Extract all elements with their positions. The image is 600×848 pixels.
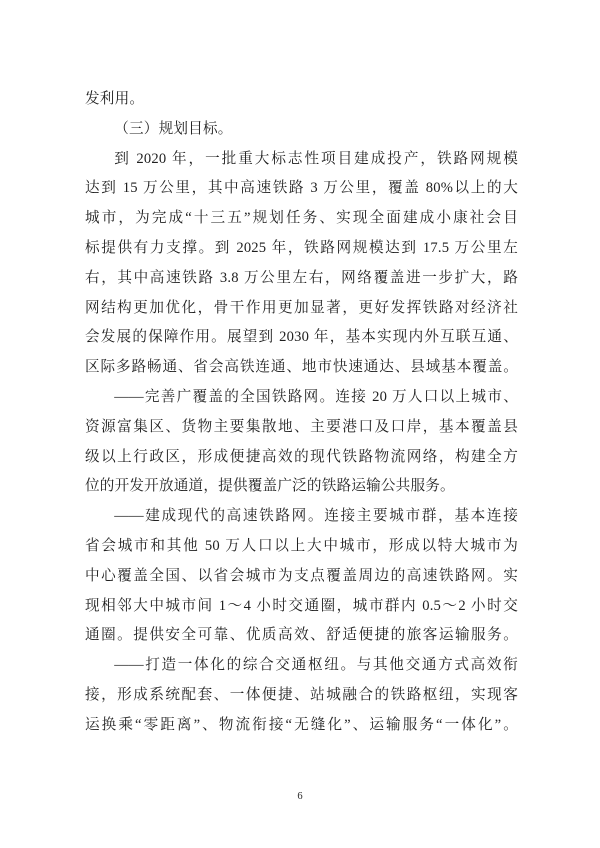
page-footer: 6 — [0, 786, 600, 804]
text-line: 通圈。提供安全可靠、优质高效、舒适便捷的旅客运输服务。 — [85, 621, 518, 651]
text-line: ——打造一体化的综合交通枢纽。与其他交通方式高效衔 — [85, 651, 518, 681]
text-line: 发利用。 — [85, 85, 518, 115]
document-page: 发利用。（三）规划目标。到 2020 年，一批重大标志性项目建成投产，铁路网规模… — [0, 0, 600, 848]
text-line: 资源富集区、货物主要集散地、主要港口及口岸，基本覆盖县 — [85, 413, 518, 443]
text-line: 右，其中高速铁路 3.8 万公里左右，网络覆盖进一步扩大，路 — [85, 264, 518, 294]
text-line: 标提供有力支撑。到 2025 年，铁路网规模达到 17.5 万公里左 — [85, 234, 518, 264]
text-line: 达到 15 万公里，其中高速铁路 3 万公里，覆盖 80%以上的大 — [85, 174, 518, 204]
text-line: 网结构更加优化，骨干作用更加显著，更好发挥铁路对经济社 — [85, 294, 518, 324]
text-line: 区际多路畅通、省会高铁连通、地市快速通达、县域基本覆盖。 — [85, 353, 518, 383]
text-line: 到 2020 年，一批重大标志性项目建成投产，铁路网规模 — [85, 145, 518, 175]
text-line: 级以上行政区，形成便捷高效的现代铁路物流网络，构建全方 — [85, 443, 518, 473]
text-line: 省会城市和其他 50 万人口以上大中城市，形成以特大城市为 — [85, 532, 518, 562]
text-line: 接，形成系统配套、一体便捷、站城融合的铁路枢纽，实现客 — [85, 681, 518, 711]
text-line: 运换乘“零距离”、物流衔接“无缝化”、运输服务“一体化”。 — [85, 711, 518, 741]
text-line: ——完善广覆盖的全国铁路网。连接 20 万人口以上城市、 — [85, 383, 518, 413]
text-line: 城市，为完成“十三五”规划任务、实现全面建成小康社会目 — [85, 204, 518, 234]
text-line: 中心覆盖全国、以省会城市为支点覆盖周边的高速铁路网。实 — [85, 562, 518, 592]
text-line: ——建成现代的高速铁路网。连接主要城市群，基本连接 — [85, 502, 518, 532]
text-line: （三）规划目标。 — [85, 115, 518, 145]
document-body: 发利用。（三）规划目标。到 2020 年，一批重大标志性项目建成投产，铁路网规模… — [85, 85, 518, 741]
text-line: 现相邻大中城市间 1～4 小时交通圈，城市群内 0.5～2 小时交 — [85, 592, 518, 622]
text-line: 位的开发开放通道，提供覆盖广泛的铁路运输公共服务。 — [85, 472, 518, 502]
page-number: 6 — [297, 791, 302, 802]
text-line: 会发展的保障作用。展望到 2030 年，基本实现内外互联互通、 — [85, 323, 518, 353]
